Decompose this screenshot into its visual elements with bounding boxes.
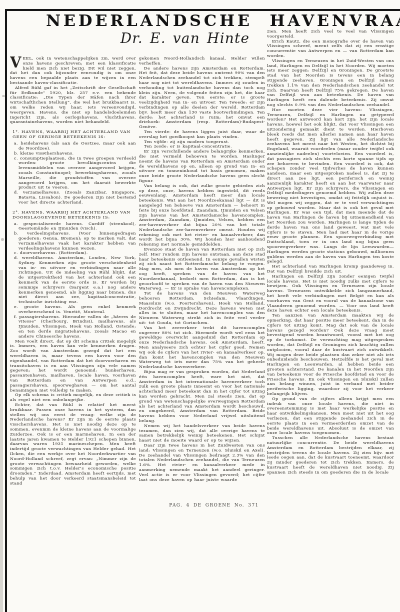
paragraph: Op grond van de cijfers alleen krijgt me… [267,396,394,435]
column-middle: gekomen Noord-Hollandsch kanaal, Helder … [139,56,265,497]
drop-cap: V [10,56,23,69]
paragraph: Er zijn verschillende andere belangrijke… [139,149,265,183]
paragraph: Nemen wij het handelsverkeer van beide h… [139,423,265,443]
paragraph: Harlingen en Delfzijl zijn zonder eenige… [267,274,394,313]
section-heading-2: 2°. HAVENS, WAARBIJ HET ACHTERLAND VAN D… [10,209,136,219]
column-left: VEEL, ook in wetenschappelijken zin, wer… [10,56,136,497]
scan-smudge [2,95,5,97]
paragraph: Erich Kautz, die een monografie over de … [267,39,394,59]
paragraph-text: EEL, ook in wetenschappelijken zin, werd… [10,56,136,85]
list-item: a. heidehavens (als aan de Oostzee, maar… [10,141,136,151]
list-item: f. passagiershavens. Hieronder vallen de… [10,314,136,338]
paragraph: Alfred Rühl gaf in het „Zeitschrift der … [10,85,136,124]
footer-pageinfo: PAG. 4 DE GROENE No. 371 [139,503,289,513]
scan-edge-shade [0,270,3,612]
scan-smudge [1,238,4,241]
paragraph: Vlissingen en Terneuzen in het Zuid-West… [267,58,394,107]
column-right: zien. Men heeft zich veel te veel van Vl… [267,29,394,497]
paragraph: Van belang is ook, dat zulke groote gebi… [139,183,265,247]
paragraph: gekomen Noord-Hollandsch kanaal, Helder … [139,56,265,66]
paragraph: Men voelt direct, dat op dit schema crit… [10,339,136,393]
paragraph-intro: VEEL, ook in wetenschappelijken zin, wer… [10,56,136,85]
list-item: c. consumptieplaatsen, die in twee groep… [10,156,136,190]
list-item: d. wereldhavens. Amsterdam, Londen, New … [10,256,136,305]
section-heading-1: 1°. HAVENS, WAARBIJ HET ACHTERLAND VAN G… [10,129,136,139]
paragraph: Tot de havens van den Nieuwen Waterweg b… [139,291,265,325]
list-item: d. verzamelhavens. (Zooals Zanzibar, Sin… [10,190,136,205]
paragraph: zien. Men heeft zich veel te veel van Vl… [267,29,394,39]
paragraph: Tusschen alle Nederlandsche havens besta… [267,436,394,475]
paragraph: De andere havens zijn Amsterdam en Rotte… [139,66,265,130]
page-frame-left-rule [5,9,7,612]
scanned-magazine-page: { "page": { "title": "NEDERLANDSCHE HAVE… [0,0,400,612]
paragraph: Daar zijn twee havens in het Zuidwesten … [139,443,265,482]
paragraph: Het achterland van Harlingen kromp gaand… [267,264,394,274]
paragraph: Hoe moeten deze vier havens: Vlissingen,… [267,107,394,264]
paragraph: Bijna mag er van gesproken worden, dat N… [139,370,265,424]
list-item: b. verdeelingshavens. (Voor binnengedrag… [10,231,136,251]
paragraph: Van het zeeverkeer trekt dit havencomple… [139,325,265,369]
paragraph: Ten aanzien van Amsterdam maakten wij de… [267,313,394,396]
paragraph: Evenzoo staat de haven van Rotterdam nie… [139,247,265,291]
list-item: e. groote havens. Als geen enkel kenmerk… [10,305,136,315]
paragraph: Ten vierde: de havens liggen juist daar,… [139,129,265,139]
footer-text: PAG. 4 DE GROENE No. 371 [139,503,289,508]
paragraph: Echter, dat van Rühl is relatief het mee… [10,403,136,486]
page-title: NEDERLANDSCHE HAVENVRAAG [46,11,400,30]
